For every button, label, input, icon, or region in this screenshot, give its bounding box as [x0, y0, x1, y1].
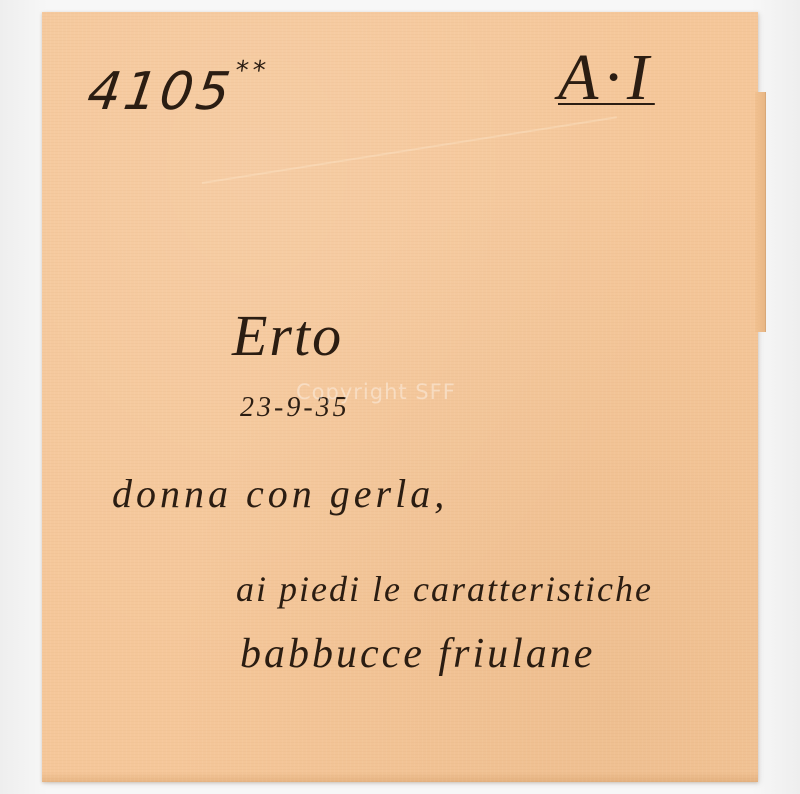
place-name: Erto	[232, 302, 343, 369]
paper-bottom-edge	[42, 772, 758, 782]
caption-line: babbucce friulane	[240, 630, 595, 678]
series-code: A·I	[558, 40, 655, 116]
caption-line: donna con gerla,	[112, 470, 448, 517]
catalog-star-marks: **	[233, 56, 271, 86]
catalog-number: 4105**	[84, 62, 271, 122]
catalog-number-value: 4105	[84, 62, 237, 122]
caption-line: ai piedi le caratteristiche	[236, 568, 653, 610]
copyright-watermark: Copyright SFF	[296, 380, 456, 404]
paper-fold-edge	[755, 92, 766, 332]
paper-crease	[202, 116, 617, 184]
